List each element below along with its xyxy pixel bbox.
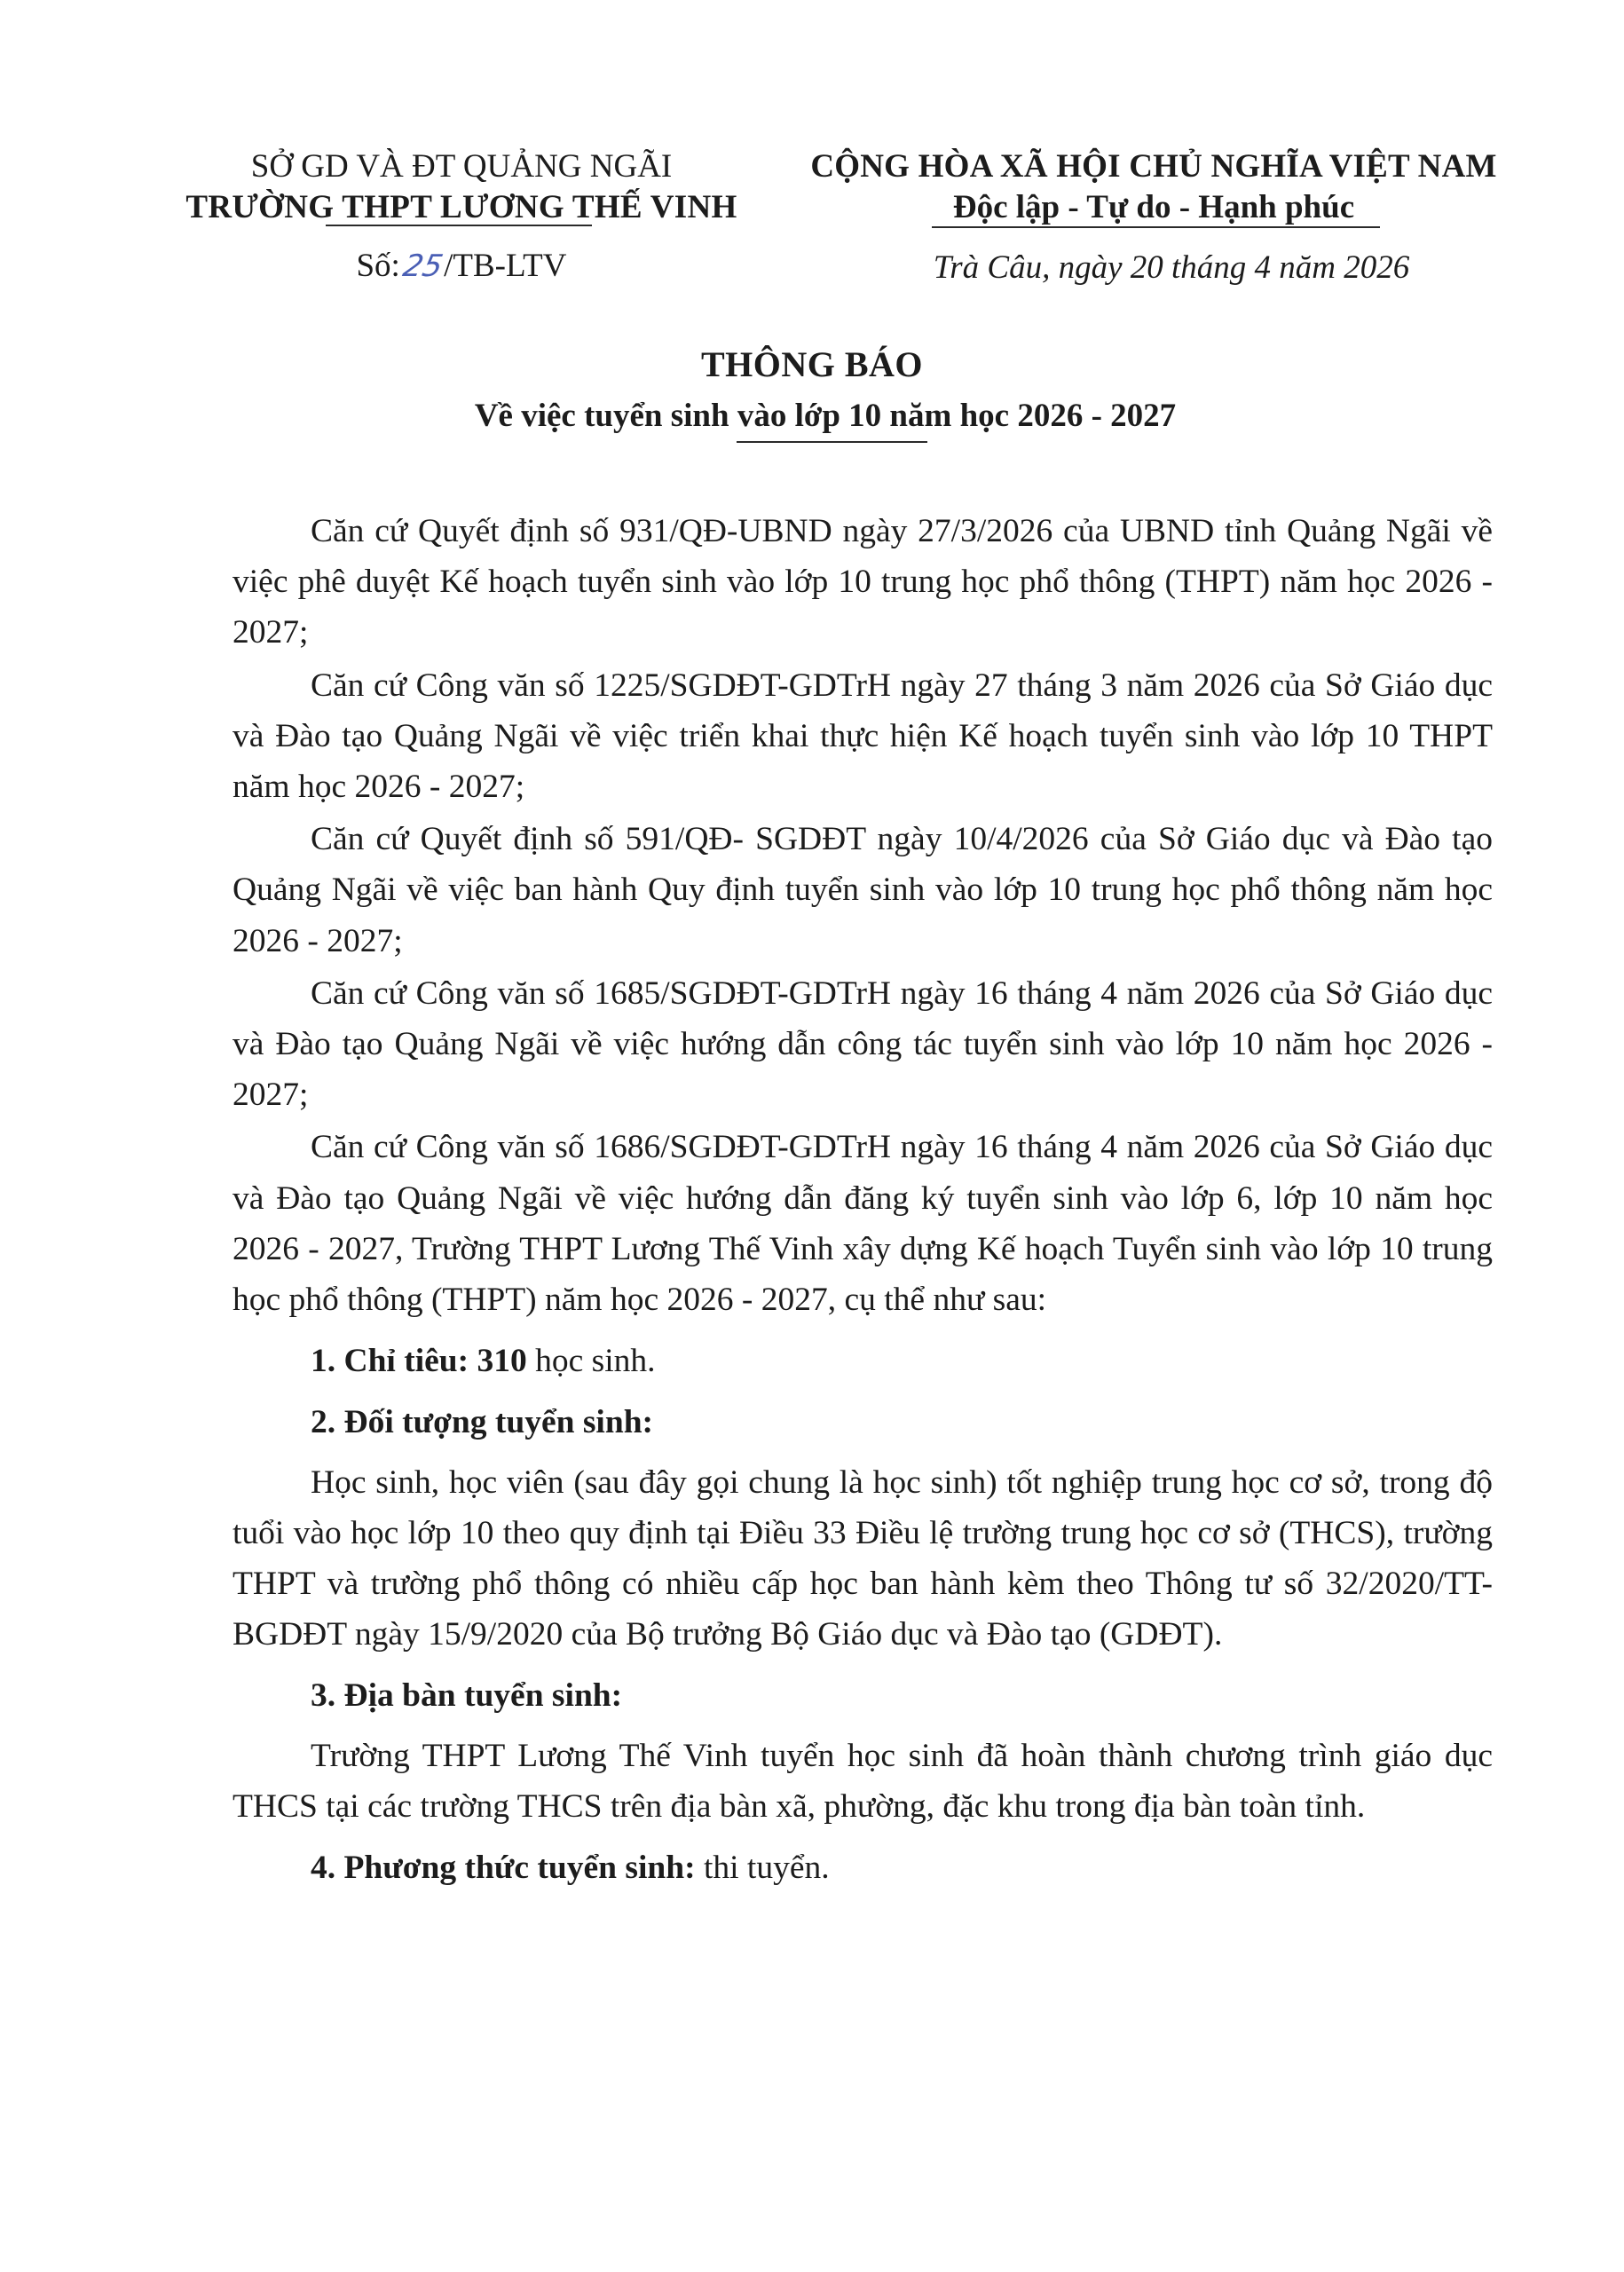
document-title: THÔNG BÁO <box>0 342 1624 388</box>
method-value: thi tuyển. <box>696 1850 830 1886</box>
national-motto: Độc lập - Tự do - Hạnh phúc <box>772 187 1535 228</box>
section-heading: 1. Chỉ tiêu: <box>311 1343 469 1379</box>
document-title-block: THÔNG BÁO Về việc tuyển sinh vào lớp 10 … <box>0 342 1624 443</box>
section-heading: 4. Phương thức tuyển sinh: <box>311 1850 696 1886</box>
document-number-prefix: Số: <box>356 248 399 284</box>
section-area-text: Trường THPT Lương Thế Vinh tuyển học sin… <box>233 1731 1493 1832</box>
legal-basis-paragraph: Căn cứ Quyết định số 931/QĐ-UBND ngày 27… <box>233 506 1493 659</box>
place-and-date: Trà Câu, ngày 20 tháng 4 năm 2026 <box>808 248 1535 288</box>
section-eligibility-text: Học sinh, học viên (sau đây gọi chung là… <box>233 1457 1493 1661</box>
document-body: Căn cứ Quyết định số 931/QĐ-UBND ngày 27… <box>233 506 1493 1902</box>
legal-basis-paragraph: Căn cứ Công văn số 1225/SGDĐT-GDTrH ngày… <box>233 660 1493 813</box>
section-area-heading: 3. Địa bàn tuyển sinh: <box>233 1670 1493 1721</box>
national-header-block: CỘNG HÒA XÃ HỘI CHỦ NGHĨA VIỆT NAM Độc l… <box>772 146 1535 288</box>
document-page: SỞ GD VÀ ĐT QUẢNG NGÃI TRƯỜNG THPT LƯƠNG… <box>0 0 1624 2272</box>
document-number-suffix: /TB-LTV <box>444 248 566 284</box>
national-title: CỘNG HÒA XÃ HỘI CHỦ NGHĨA VIỆT NAM <box>772 146 1535 187</box>
quota-unit: học sinh. <box>527 1343 656 1379</box>
parent-agency: SỞ GD VÀ ĐT QUẢNG NGÃI <box>151 146 772 187</box>
document-subtitle: Về việc tuyển sinh vào lớp 10 năm học 20… <box>27 393 1624 439</box>
legal-basis-paragraph: Căn cứ Công văn số 1685/SGDĐT-GDTrH ngày… <box>233 968 1493 1121</box>
document-number: Số:25/TB-LTV <box>151 246 772 287</box>
issuing-authority-block: SỞ GD VÀ ĐT QUẢNG NGÃI TRƯỜNG THPT LƯƠNG… <box>151 146 772 287</box>
title-underline <box>737 441 927 443</box>
section-method: 4. Phương thức tuyển sinh: thi tuyển. <box>233 1842 1493 1893</box>
quota-value: 310 <box>477 1343 527 1379</box>
legal-basis-paragraph: Căn cứ Quyết định số 591/QĐ- SGDĐT ngày … <box>233 814 1493 966</box>
handwritten-number: 25 <box>399 246 446 287</box>
legal-basis-paragraph: Căn cứ Công văn số 1686/SGDĐT-GDTrH ngày… <box>233 1122 1493 1325</box>
section-eligibility-heading: 2. Đối tượng tuyển sinh: <box>233 1397 1493 1448</box>
school-name: TRƯỜNG THPT LƯƠNG THẾ VINH <box>151 187 772 228</box>
section-quota: 1. Chỉ tiêu: 310 học sinh. <box>233 1336 1493 1386</box>
